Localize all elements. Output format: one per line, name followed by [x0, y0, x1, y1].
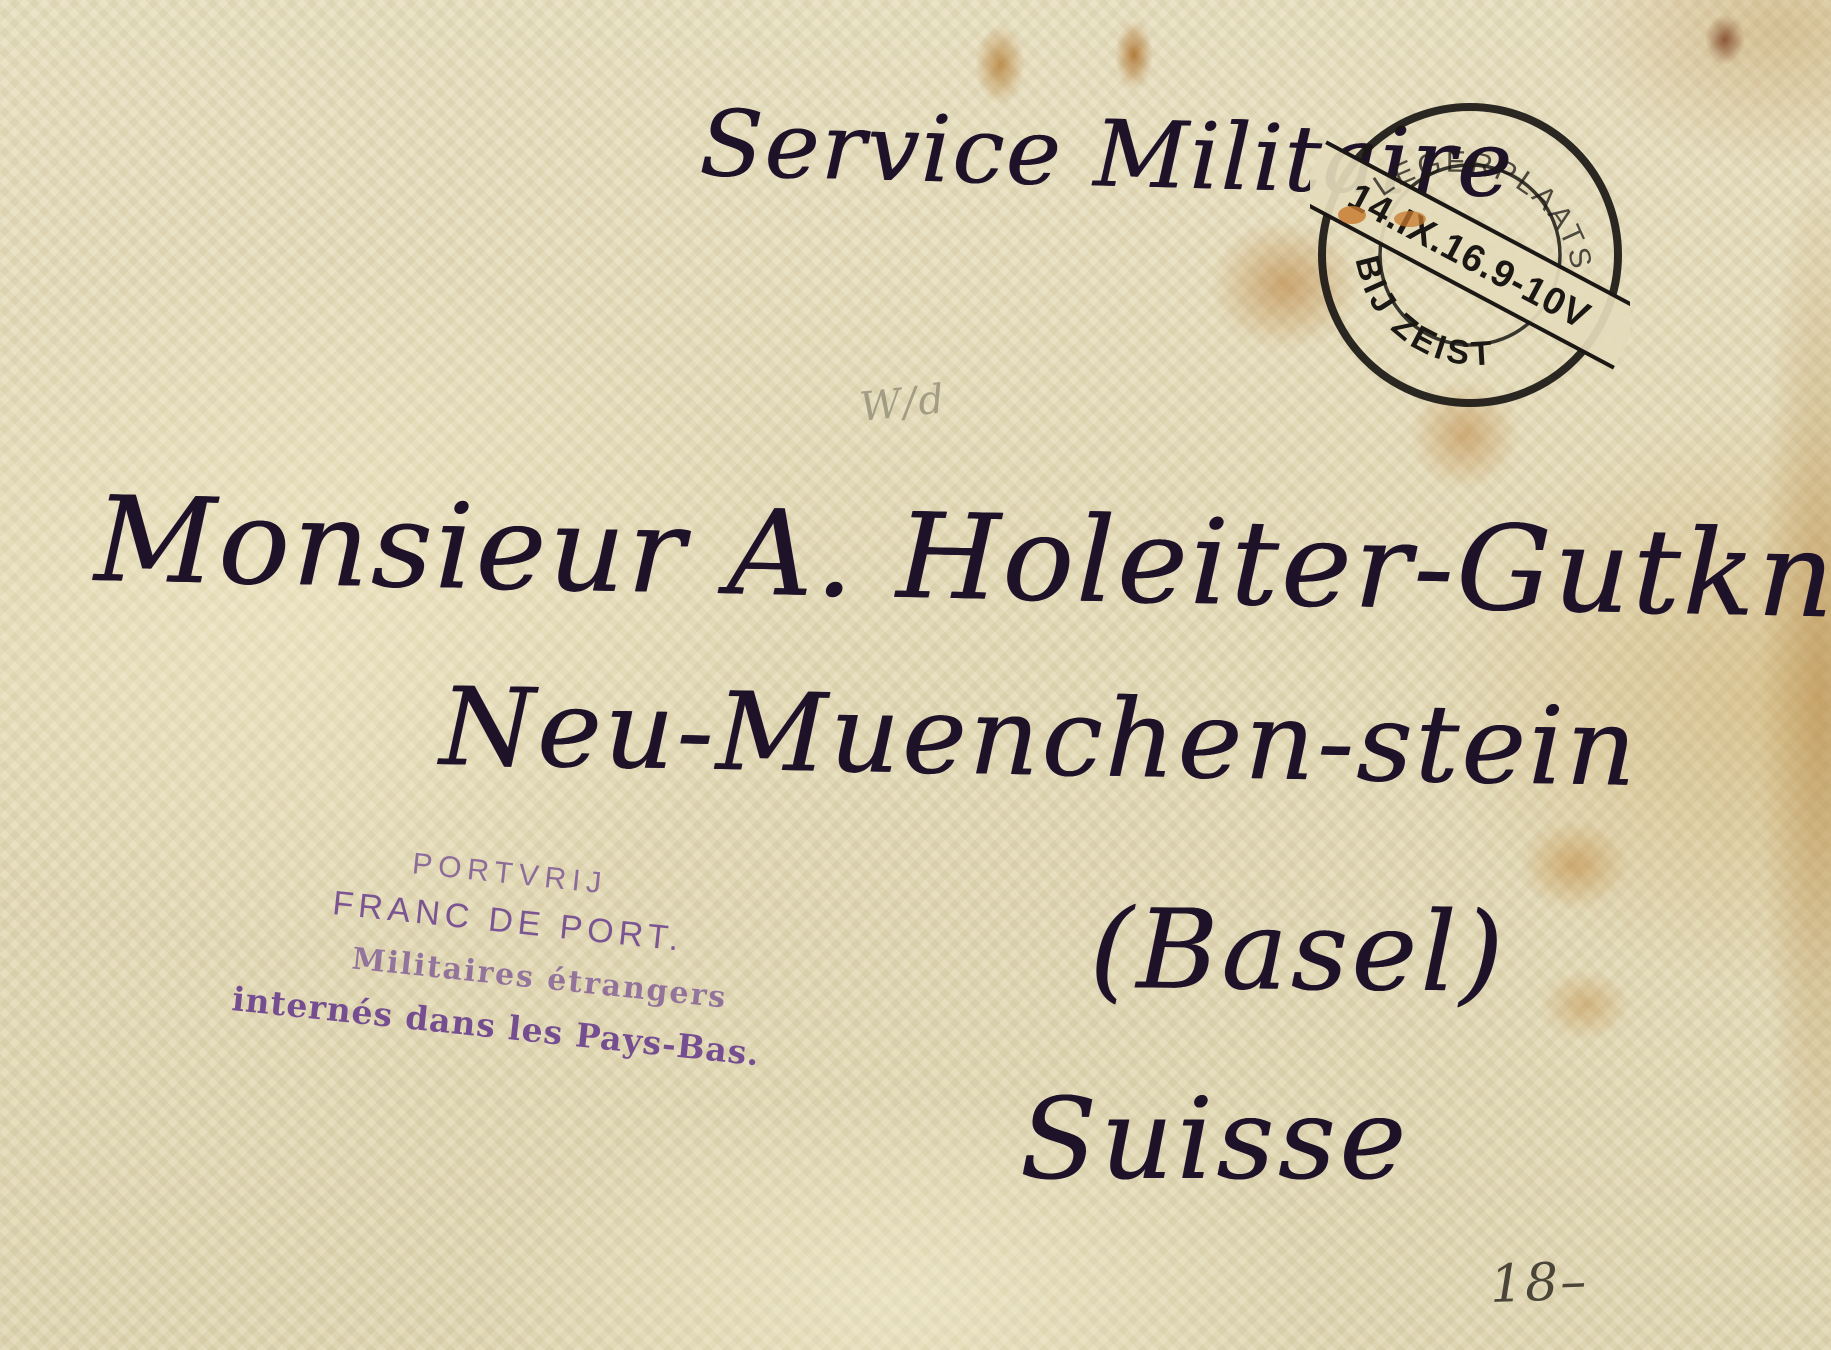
franc-de-port-cachet: PORTVRIJ FRANC DE PORT. Militaires étran…: [219, 830, 768, 1183]
envelope: Service Militaire W/d Monsieur A. Holeit…: [0, 0, 1831, 1350]
stain-right-1: [1520, 820, 1630, 910]
stain-right-edge: [1760, 150, 1831, 1250]
pencil-note: 18–: [1489, 1252, 1589, 1315]
stain-top-1: [975, 25, 1025, 105]
stain-top-2: [1115, 20, 1153, 90]
recipient-canton: (Basel): [1089, 885, 1507, 1017]
recipient-name: Monsieur A. Holeiter-Gutknecht: [94, 470, 1831, 650]
postmark: 14.IX.16.9-10V LEGERPLAATS BIJ ZEIST: [1310, 95, 1630, 415]
pencil-mark: W/d: [858, 376, 949, 431]
recipient-town: Neu-Muenchen-stein: [439, 665, 1640, 811]
cachet-line-portvrij: PORTVRIJ: [411, 847, 609, 901]
stain-top-right: [1705, 15, 1745, 65]
recipient-country: Suisse: [1020, 1075, 1410, 1205]
stain-right-2: [1540, 970, 1630, 1040]
